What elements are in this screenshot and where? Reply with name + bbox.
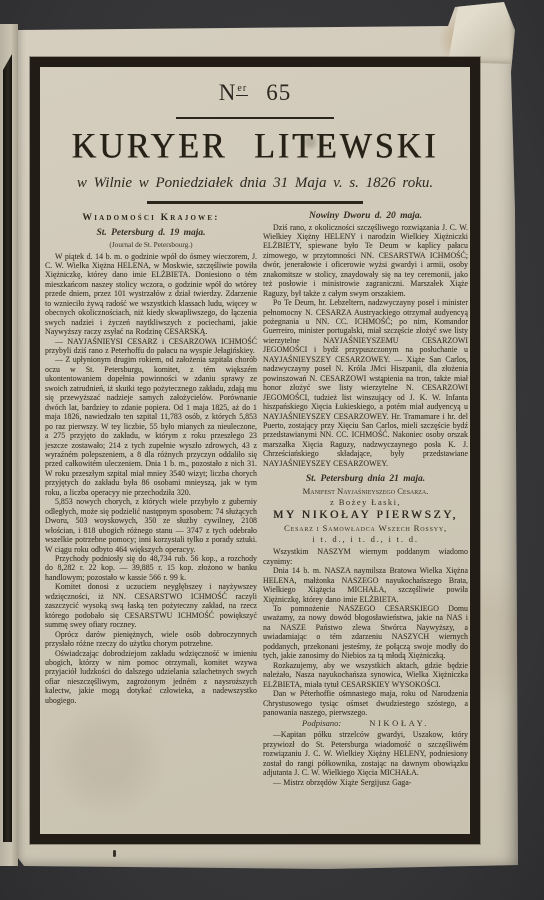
section-header: Wiadomości Krajowe:	[45, 212, 257, 223]
paragraph: —Kapitan półku strzelców gwardyi, Uszako…	[263, 730, 468, 777]
paragraph: W piątek d. 14 b. m. o godzinie wpół do …	[45, 252, 257, 337]
paragraph: 5,853 nowych chorych, z których wiele pr…	[45, 497, 257, 554]
adjacent-page-edge	[0, 24, 18, 866]
manifest-etcetera: i t. d., i t. d., i t. d.	[263, 534, 468, 544]
paragraph: Przychody podniosły się do 48,734 rub. 5…	[45, 554, 257, 582]
dateline: w Wilnie w Poniedziałek dnia 31 Maja v. …	[40, 175, 470, 192]
ink-smudge	[113, 850, 116, 857]
issue-digits: 65	[266, 80, 291, 105]
paragraph: — NAYJAŚNIEYSI CESARZ i CESARZOWA ICHMOŚ…	[45, 337, 257, 356]
manifest-header: St. Petersburg dnia 21 maja. Manifest Na…	[263, 474, 468, 544]
paragraph: Dan w Péterhoffie ośmnastego maja, roku …	[263, 689, 468, 717]
manifest-title: Manifest Nayjaśnieyszego Cesarza.	[263, 486, 468, 496]
issue-number: Ner65	[40, 80, 470, 106]
manifest-ruler-style: Cesarz i Samowładca Wszech Rossyy,	[263, 523, 468, 533]
signature-name: NIKOŁAY.	[369, 718, 429, 728]
signature-line: Podpisano: NIKOŁAY.	[263, 718, 468, 728]
scan-background: Ner65 KURYER LITEWSKI w Wilnie w Poniedz…	[0, 0, 544, 900]
newspaper-title: KURYER LITEWSKI	[40, 127, 470, 167]
signature-label: Podpisano:	[302, 718, 341, 728]
paragraph: Oświadczając dobrodziejom zakładu wdzięc…	[45, 649, 257, 706]
article-heading: Nowiny Dworu d. 20 maja.	[263, 211, 468, 221]
paragraph: Dnia 14 b. m. NASZA naymilsza Bratowa Wi…	[263, 566, 468, 604]
paragraph: — Mistrz obrzędów Xiąże Sergijusz Gaga-	[263, 778, 468, 787]
paragraph: Dziś rano, z okoliczności szczęśliwego r…	[263, 223, 468, 299]
paragraph: Wszystkim NASZYM wiernym poddanym wiadom…	[263, 547, 468, 566]
paragraph: Rozkazujemy, aby we wszystkich aktach, g…	[263, 661, 468, 689]
page-border-frame: Ner65 KURYER LITEWSKI w Wilnie w Poniedz…	[30, 57, 480, 844]
article-heading: St. Petersburg d. 19 maja.	[45, 228, 257, 238]
issue-prefix: N	[219, 80, 237, 105]
right-column: Nowiny Dworu d. 20 maja. Dziś rano, z ok…	[263, 211, 468, 811]
manifest-dateline: St. Petersburg dnia 21 maja.	[263, 474, 468, 484]
paragraph: Po Te Deum, hr. Lebzeltern, nadzwyczayny…	[263, 298, 468, 468]
manifest-invocation: z Bożey Łaski,	[263, 497, 468, 507]
issue-superscript: er	[236, 83, 248, 96]
paragraph: Komitet donosi z uczuciem neygłębszey i …	[45, 582, 257, 629]
left-column: Wiadomości Krajowe: St. Petersburg d. 19…	[45, 211, 257, 811]
paragraph: — Z upłynionym drugim rokiem, od założen…	[45, 355, 257, 497]
paragraph: To pomnożenie NASZEGO CESARSKIEGO Domu u…	[263, 604, 468, 661]
paragraph: Oprócz darów pieniężnych, wiele osób dob…	[45, 630, 257, 649]
article-source: (Journal de St. Petersbourg.)	[45, 240, 257, 249]
adjacent-page-border	[3, 54, 12, 842]
masthead: Ner65 KURYER LITEWSKI w Wilnie w Poniedz…	[40, 67, 470, 204]
masthead-rule-top	[176, 117, 334, 119]
text-columns: Wiadomości Krajowe: St. Petersburg d. 19…	[40, 204, 470, 811]
newspaper-sheet: Ner65 KURYER LITEWSKI w Wilnie w Poniedz…	[18, 0, 518, 869]
manifest-ruler-name: MY NIKOŁAY PIERWSZY,	[263, 509, 468, 521]
